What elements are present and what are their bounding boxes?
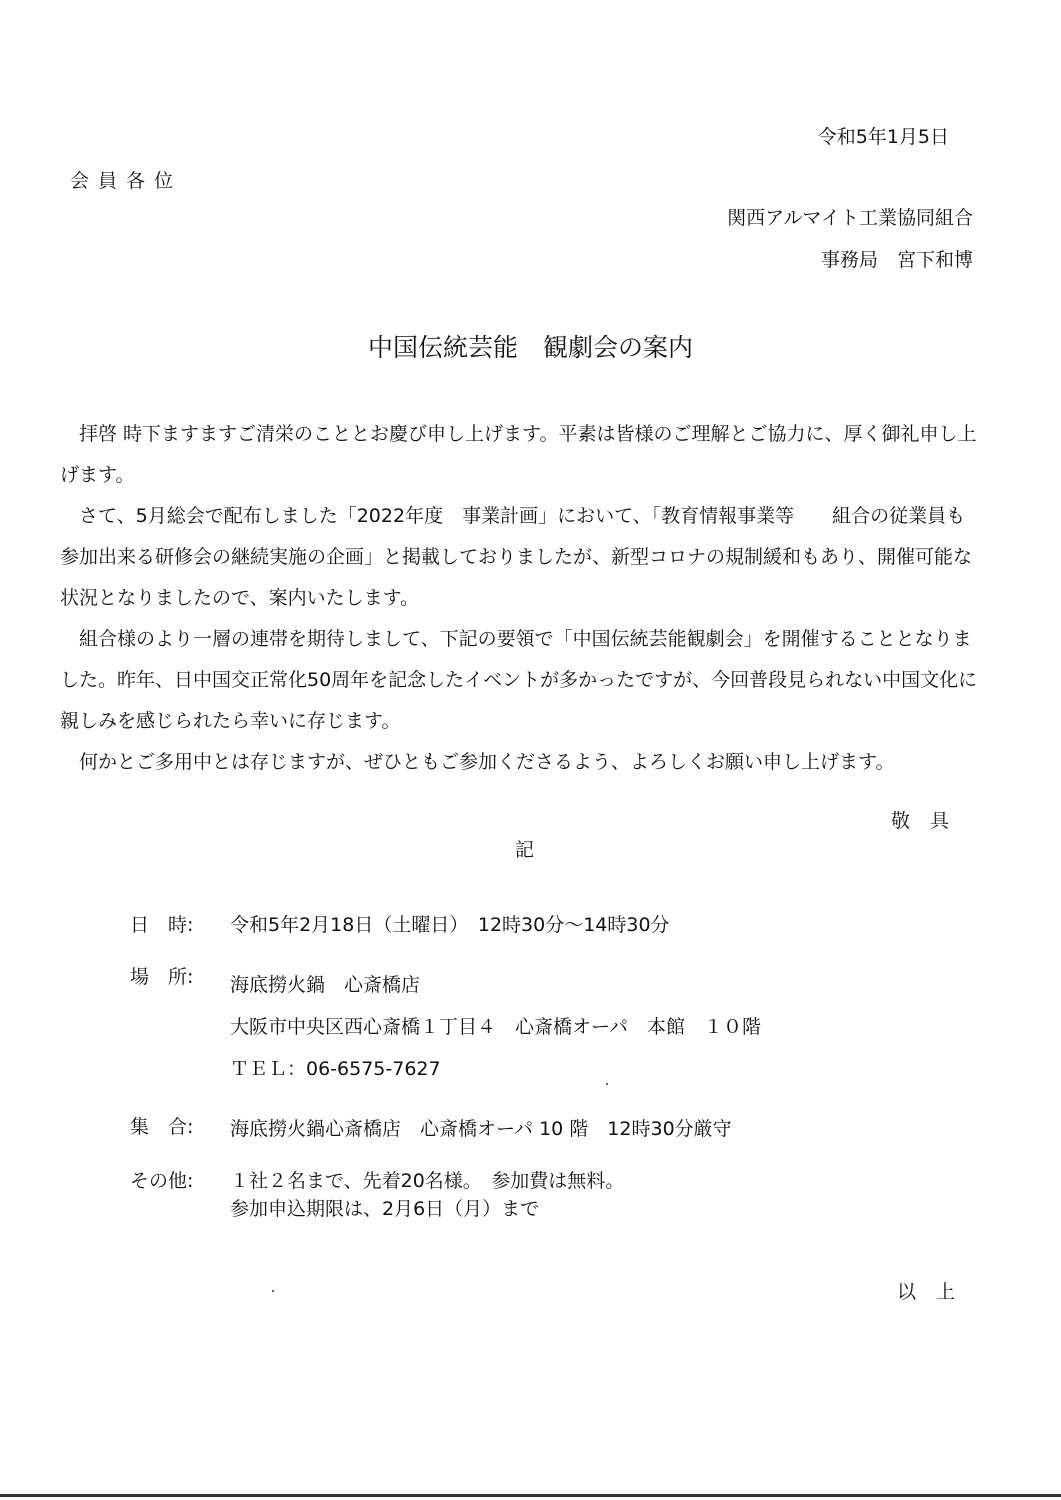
detail-value: 令和5年2月18日（土曜日） 12時30分～14時30分 — [230, 910, 670, 937]
letter-body: 拝啓 時下ますますご清栄のこととお慶び申し上げます。平素は皆様のご理解とご協力に… — [60, 414, 980, 783]
detail-label: その他: — [130, 1166, 230, 1193]
document-title: 中国伝統芸能 観劇会の案内 — [0, 328, 1061, 364]
sender-name: 事務局 宮下和博 — [821, 245, 973, 272]
other-line-1: １社２名まで、先着20名様。 参加費は無料。 — [230, 1166, 624, 1193]
addressee: 会員各位 — [70, 166, 182, 193]
ki-heading: 記 — [515, 835, 534, 862]
detail-label: 日 時: — [130, 910, 230, 937]
other-line-2: 参加申込期限は、2月6日（月）まで — [230, 1194, 539, 1221]
body-paragraph: さて、5月総会で配布しました「2022年度 事業計画」において、「教育情報事業等… — [60, 496, 980, 619]
scan-speck — [606, 1083, 608, 1085]
venue-name: 海底撈火鍋 心斎橋店 — [230, 970, 420, 997]
body-paragraph: 拝啓 時下ますますご清栄のこととお慶び申し上げます。平素は皆様のご理解とご協力に… — [60, 414, 980, 496]
closing-keigu: 敬具 — [891, 806, 969, 833]
letter-date: 令和5年1月5日 — [818, 122, 949, 149]
detail-value: 海底撈火鍋心斎橋店 心斎橋オーパ 10 階 12時30分厳守 — [230, 1114, 732, 1141]
scan-speck — [272, 1290, 274, 1292]
sender-organization: 関西アルマイト工業協同組合 — [727, 203, 973, 230]
venue-address: 大阪市中央区西心斎橋１丁目４ 心斎橋オーパ 本館 １０階 — [230, 1012, 761, 1039]
detail-label: 場 所: — [130, 962, 230, 989]
body-paragraph: 組合様のより一層の連帯を期待しまして、下記の要領で「中国伝統芸能観劇会」を開催す… — [60, 619, 980, 742]
detail-label: 集 合: — [130, 1112, 230, 1139]
body-paragraph: 何かとご多用中とは存じますが、ぜひともご参加くださるよう、よろしくお願い申し上げ… — [60, 742, 980, 783]
scan-edge-line — [0, 1494, 1061, 1497]
venue-tel: ＴＥＬ：06-6575-7627 — [230, 1054, 441, 1081]
closing-ijou: 以上 — [897, 1277, 975, 1304]
